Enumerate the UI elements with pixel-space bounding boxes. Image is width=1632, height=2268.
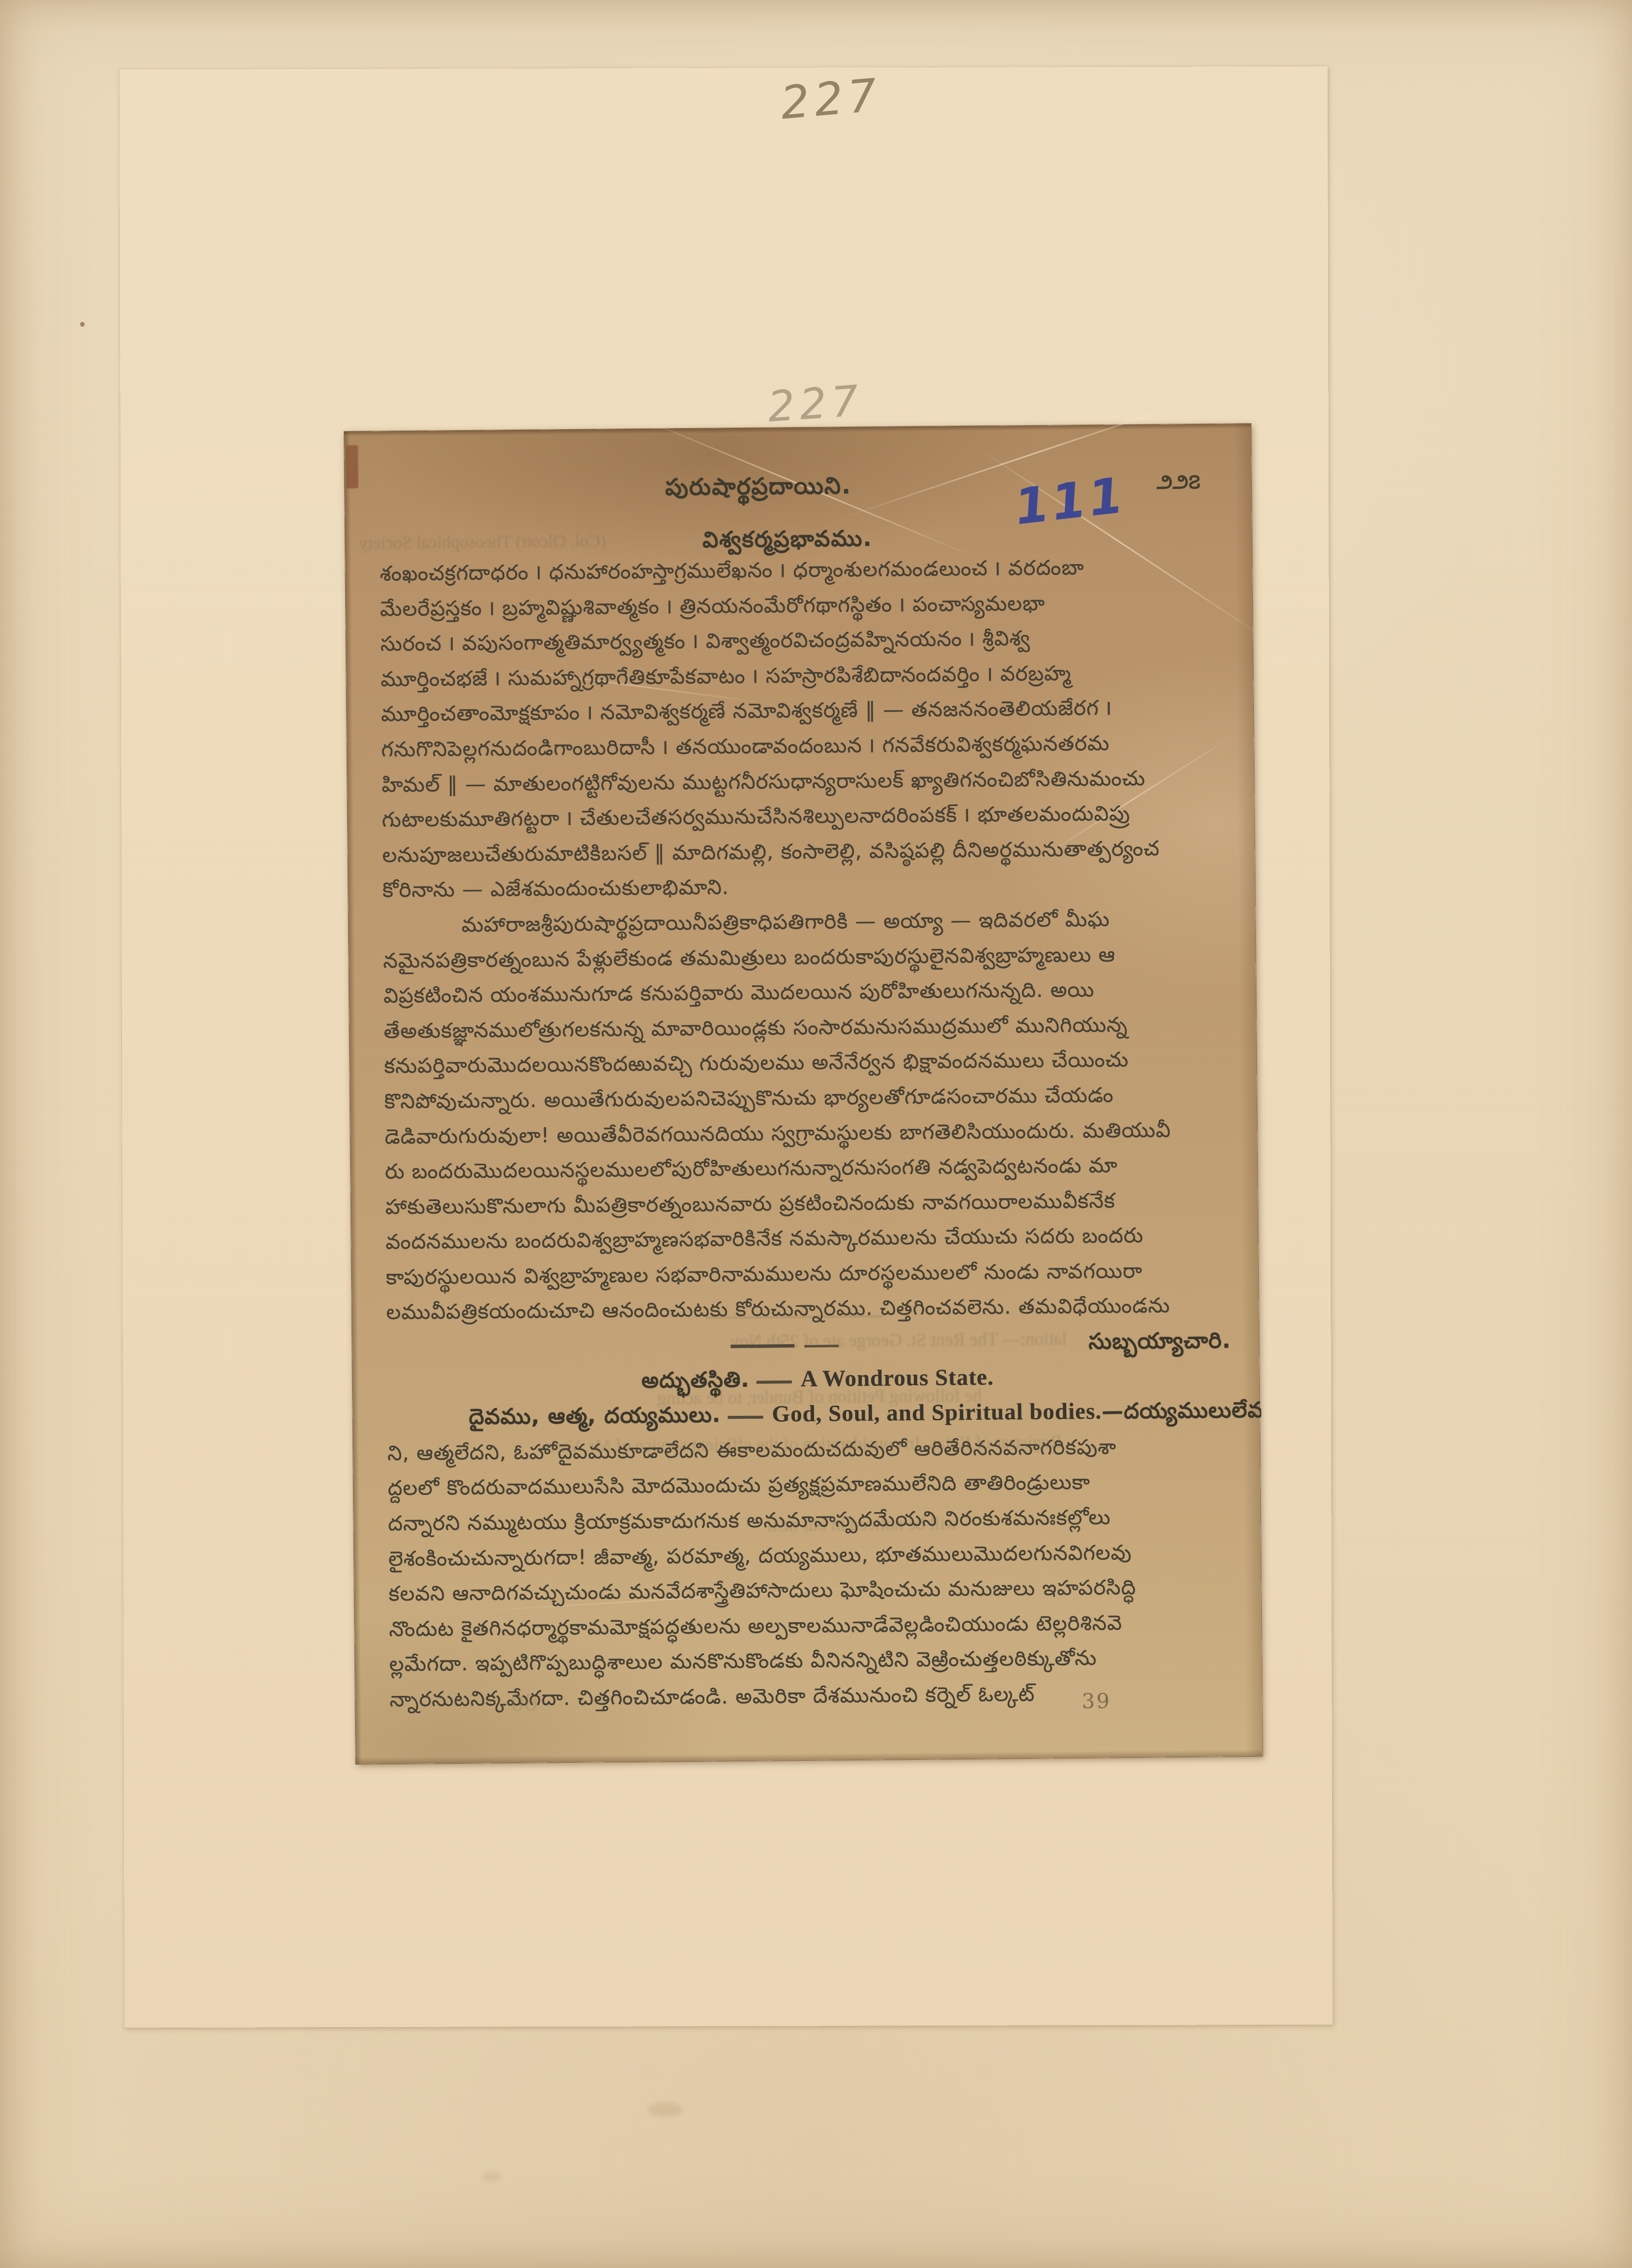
printed-page-number: 39 (1081, 1689, 1111, 1713)
body-text: శంఖంచక్రగదాధరం ౹ ధనుహారంహస్తాగ్రములేఖనం … (379, 548, 1264, 1717)
subheading-english: God, Soul, and Spiritual bodies. (772, 1399, 1102, 1427)
paper-stain (80, 322, 85, 327)
subheading-dash (728, 1416, 763, 1419)
telugu-page-number: ౨౨౭ (1157, 469, 1201, 499)
printed-rule (730, 1344, 794, 1348)
journal-title: పురుషార్థప్రదాయిని. (665, 472, 852, 506)
subheading-telugu: దైవము, ఆత్మ, దయ్యములు. (468, 1403, 721, 1430)
offset-page-number-faint: 60 (510, 1691, 538, 1716)
heading-dash (757, 1380, 792, 1384)
paper-stain (648, 2102, 682, 2117)
heading-telugu: అద్భుతస్థితి. (641, 1367, 750, 1393)
printed-rule (804, 1345, 839, 1348)
handwritten-page-number-outer: 227 (779, 68, 884, 130)
paper-stain (482, 2172, 501, 2181)
scanned-document: { "annotations": { "outer_page_number_pe… (0, 0, 1632, 2268)
heading-english: A Wondrous State. (801, 1364, 994, 1391)
adhesive-stain (346, 445, 358, 488)
subheading-tail: —దయ్యములులేవ (1102, 1398, 1261, 1424)
letter-signature: సుబ్బయ్యాచారి. (1088, 1322, 1231, 1359)
handwritten-page-number-inner: 227 (766, 376, 865, 431)
printed-telugu-page: (Col. Olcott) Theosophical Society latio… (344, 424, 1263, 1764)
